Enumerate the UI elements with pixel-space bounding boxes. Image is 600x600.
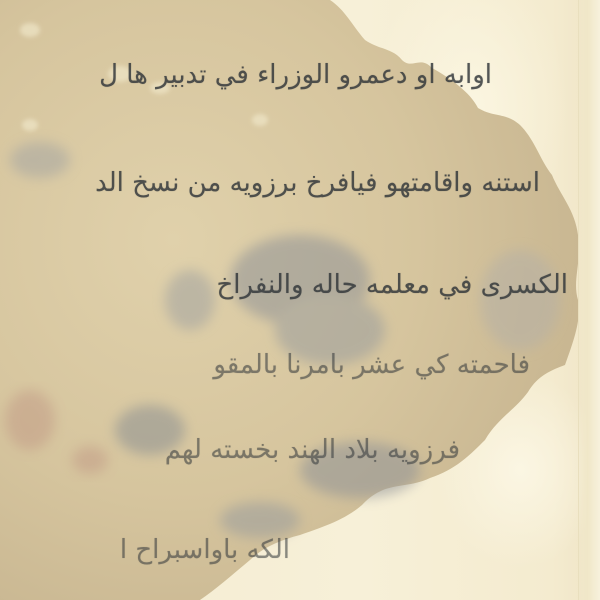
manuscript-line-6: الكه باواسبراح ا [120,535,290,565]
manuscript-line-1: اوابه او دعمرو الوزراء في تدبير ها ل [99,60,492,90]
manuscript-line-3: الكسرى في معلمه حاله والنفراخ [216,270,568,300]
manuscript-line-5: فرزويه بلاد الهند بخسته لهم [165,435,460,465]
manuscript-line-2: استنه واقامتهو فيافرخ برزويه من نسخ الد [95,168,540,198]
torn-fragment [0,0,600,600]
binding-edge [578,0,600,600]
manuscript-line-4: فاحمته كي عشر بامرنا بالمقو [213,350,530,380]
manuscript-photo: اوابه او دعمرو الوزراء في تدبير ها ل است… [0,0,600,600]
